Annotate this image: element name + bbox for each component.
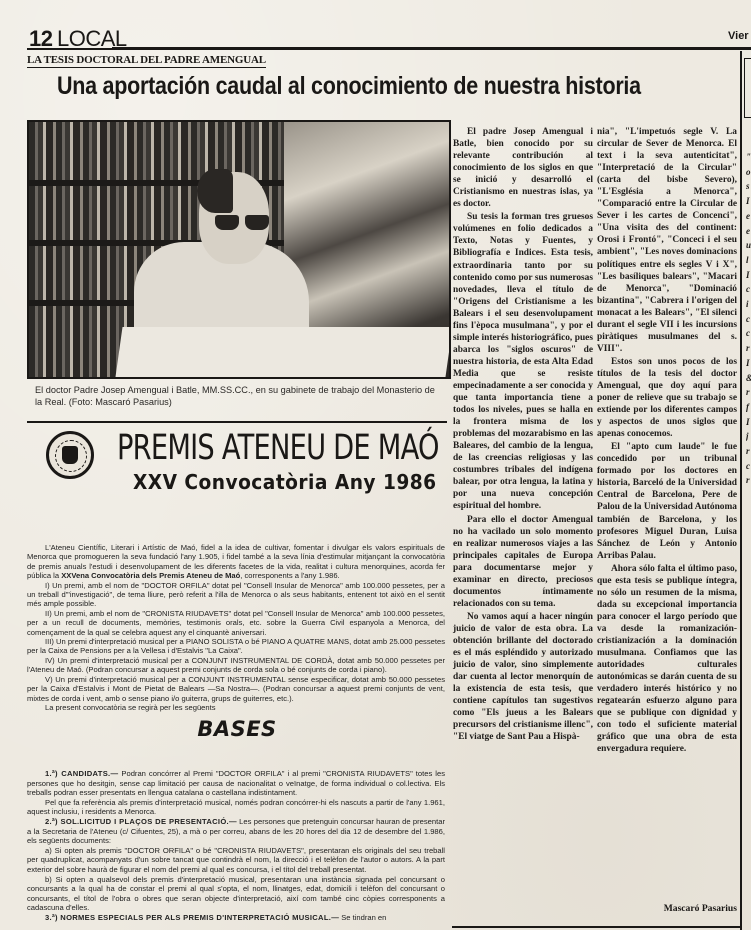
base-text: Pel que fa referència als premis d'inter… [27, 798, 445, 817]
prize-item: II) Un premi, amb el nom de "CRONISTA RI… [27, 609, 445, 637]
base-text: b) Si opten a qualsevol dels premis d'in… [27, 875, 445, 913]
article-paragraph: No vamos aquí a hacer ningún juicio de v… [453, 611, 593, 744]
prize-item: I) Un premi, amb el nom de "DOCTOR ORFIL… [27, 581, 445, 609]
prize-item: V) Un premi d'interpretació musical per … [27, 675, 445, 703]
date-fragment: Vier [728, 30, 749, 42]
glasses-graphic [215, 215, 271, 231]
person-hair-graphic [197, 169, 233, 213]
base-heading: 2.ª) SOL.LICITUD I PLAÇOS DE PRESENTACIÓ… [45, 817, 237, 826]
header-rule [112, 47, 751, 50]
ad-body: L'Ateneu Científic, Literari i Artístic … [27, 543, 445, 712]
article-column-1: El padre Josep Amengual i Batle, bien co… [453, 126, 593, 744]
ateneu-seal-icon [46, 431, 94, 479]
desk-paper-graphic [115, 327, 451, 377]
caption-rule [27, 421, 447, 423]
article-column-2: nia", "L'impetuós segle V. La circular d… [597, 126, 737, 756]
base-item: 1.ª) CANDIDATS.— Podran concórrer al Pre… [27, 769, 445, 798]
base-item: a) Si opten als premis "DOCTOR ORFILA" o… [27, 846, 445, 875]
ad-intro: L'Ateneu Científic, Literari i Artístic … [27, 543, 445, 581]
article-paragraph: Para ello el doctor Amengual no ha vacil… [453, 514, 593, 610]
base-item: Pel que fa referència als premis d'inter… [27, 798, 445, 817]
prize-item: III) Un premi d'interpretació musical pe… [27, 637, 445, 656]
base-text: Se tindran en [339, 913, 386, 922]
article-photo [27, 120, 451, 379]
article-byline: Mascaró Pasarius [597, 903, 737, 914]
base-text: a) Si opten als premis "DOCTOR ORFILA" o… [27, 846, 445, 874]
bases-heading: BASES [27, 717, 447, 741]
base-item: 3.ª) NORMES ESPECIALS PER ALS PREMIS D'I… [27, 913, 445, 923]
article-paragraph: Estos son unos pocos de los títulos de l… [597, 356, 737, 440]
base-item: b) Si opten a qualsevol dels premis d'in… [27, 875, 445, 913]
ad-intro-bold: XXVena Convocatòria dels Premis Ateneu d… [61, 571, 240, 580]
adjacent-article-box [744, 58, 751, 118]
photo-caption: El doctor Padre Josep Amengual i Batle, … [35, 384, 443, 408]
base-heading: 1.ª) CANDIDATS.— [45, 769, 118, 778]
base-item: 2.ª) SOL.LICITUD I PLAÇOS DE PRESENTACIÓ… [27, 817, 445, 846]
article-kicker: LA TESIS DOCTORAL DEL PADRE AMENGUAL [27, 54, 266, 68]
ad-subtitle: XXV Convocatòria Any 1986 [133, 470, 437, 494]
article-paragraph: El padre Josep Amengual i Batle, bien co… [453, 126, 593, 210]
article-paragraph: Su tesis la forman tres gruesos volúmene… [453, 211, 593, 512]
bases-body: 1.ª) CANDIDATS.— Podran concórrer al Pre… [27, 769, 445, 923]
ad-intro-end: , corresponents a l'any 1.986. [240, 571, 339, 580]
article-paragraph: El "apto cum laude" le fue concedido por… [597, 441, 737, 561]
base-heading: 3.ª) NORMES ESPECIALS PER ALS PREMIS D'I… [45, 913, 339, 922]
ad-closing: La present convocatòria se regirà per le… [27, 703, 445, 712]
article-headline: Una aportación caudal al conocimiento de… [57, 72, 641, 101]
adjacent-article-text-fragment: " o s I e e u l I c i c c r I & r f I j … [746, 150, 751, 488]
article-paragraph: nia", "L'impetuós segle V. La circular d… [597, 126, 737, 355]
article-paragraph: Ahora sólo falta el último paso, que est… [597, 563, 737, 756]
header-underline [27, 48, 115, 50]
prize-item: IV) Un premi d'interpretació musical per… [27, 656, 445, 675]
ad-title: PREMIS ATENEU DE MAÓ [117, 428, 439, 468]
bottom-rule [452, 926, 740, 928]
